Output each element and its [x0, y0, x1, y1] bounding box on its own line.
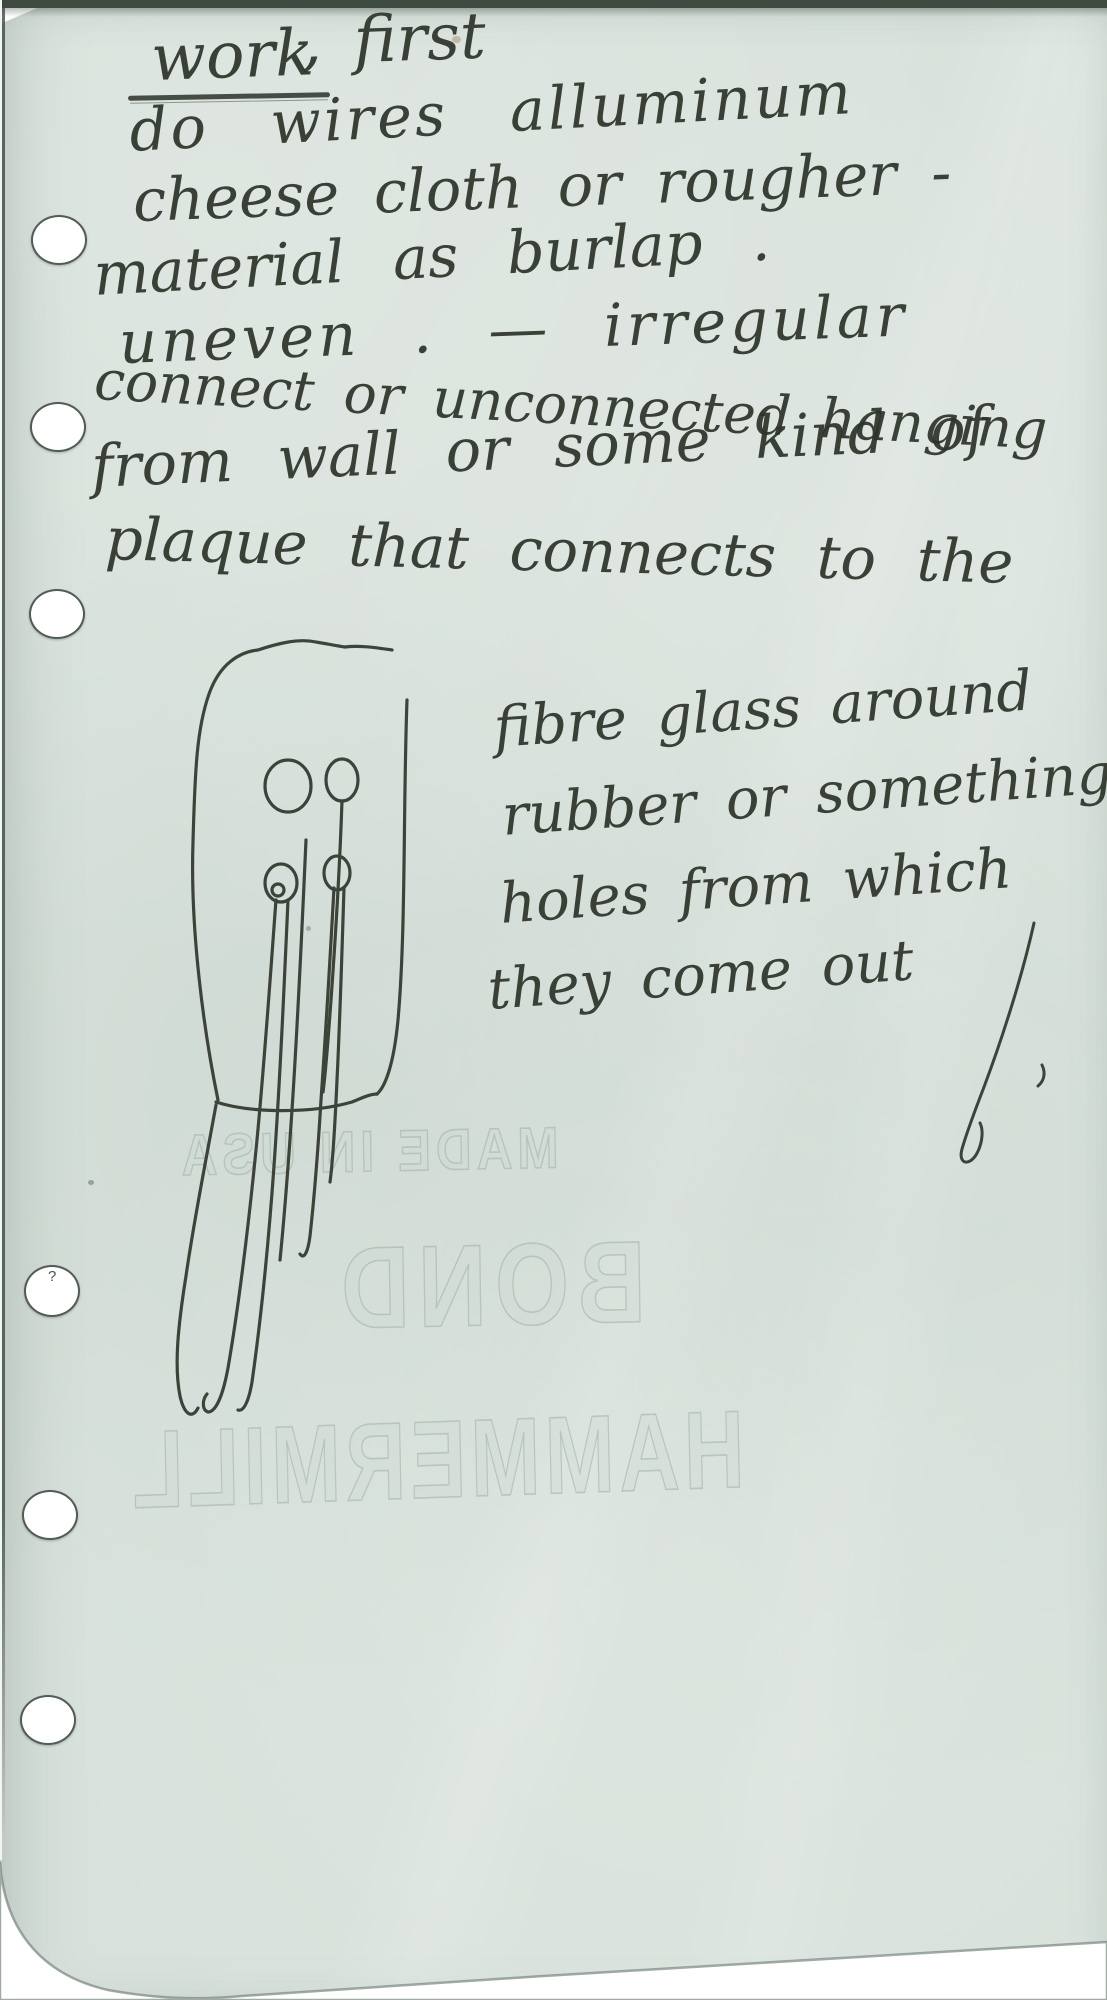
- page-bottom-edge: [0, 0, 1107, 2000]
- scanned-note-page: MADE IN USA BOND HAMMERMILL ? work , fir…: [0, 0, 1107, 2000]
